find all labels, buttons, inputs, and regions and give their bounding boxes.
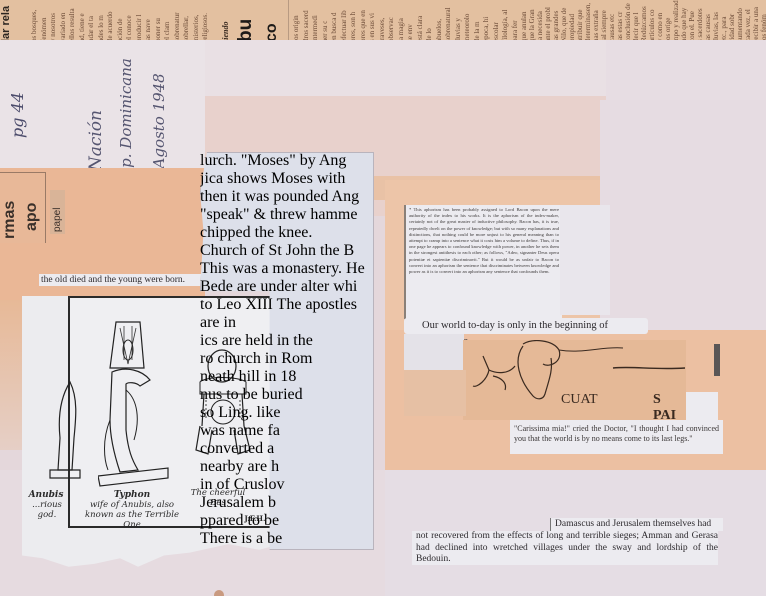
bottom-clipping-first-line: Damascus and Jerusalem themselves had [550,518,723,531]
newspaper-column-text: Redúzcamos [640,0,648,42]
handwritten-line: to Leo XIII The apostles are in [200,296,372,332]
newspaper-column-text: nas extraña [592,0,600,42]
newspaper-column-text: fenómen [40,0,48,42]
newspaper-column-text: recibir a una [752,0,760,42]
knowledge-strip: Our world to-day is only in the beginnin… [404,318,648,334]
newspaper-column-text: ad, tiene e [78,0,86,42]
newspaper-column-text: lluvias y [454,0,462,42]
newspaper-column-text: tas estas cr [616,0,624,42]
newspaper-column-text: el clam [163,0,171,42]
handwritten-line: Church of St John the B [200,242,372,260]
newspaper-column-text: y nosotros [49,0,57,42]
newspaper-column-text: ridad sobr [728,0,736,42]
newspaper-column-text: sumentando [736,0,744,42]
handwritten-line: nearby are h [200,458,372,476]
map-fragment: CUAT S PAI [463,340,686,420]
newspaper-column-text: está clara [416,0,424,42]
map-label-cuat: CUAT [561,392,598,408]
newspaper-column-text: ación de [116,0,124,42]
newspaper-column-text: causas etc [608,0,616,42]
newspaper-column-text: determinasen, [584,0,592,42]
anubis-figure-icon [22,378,82,488]
newspaper-heading-fragment: lar rela [2,0,10,42]
handwritten-line: nus to be buried [200,386,372,404]
newspaper-column-text: ades lo m [97,0,105,42]
newspaper-column-text: sobrenatural [444,0,452,42]
handwritten-line: Bede are under alter whi [200,278,372,296]
handwritten-line: so Ling. like [200,404,372,422]
newspaper-column-text: las grandes [552,0,560,42]
newspaper-column-text: abuelos, [435,0,443,42]
handwritten-line: "speak" & threw hamme [200,206,372,224]
newspaper-column-text: que anulan [520,0,528,42]
newspaper-column-text: variado en [59,0,67,42]
handwritten-note-lines: lurch. "Moses" by Angjica shows Moses wi… [200,152,372,548]
newspaper-column-text: en busca d [330,0,338,42]
newspaper-column-text: intermedi [311,0,319,42]
newspaper-column-text: se env [406,0,414,42]
newspaper-column-text: s sacerdotes [696,0,704,42]
newspaper-column-text: atribuir que [576,0,584,42]
newspaper-column-text: aer su c [321,0,329,42]
newspaper-column-text: propiedad [568,0,576,42]
newspaper-column-text: os bosques, [30,0,38,42]
handwritten-line: then it was pounded Ang [200,188,372,206]
newspaper-column-text: etc., para [720,0,728,42]
bottom-clipping: Damascus and Jerusalem themselves had no… [412,518,718,566]
subcaption-typhon: wife of Anubis, also known as the Terrib… [84,500,180,530]
newspaper-column-text: y como en [656,0,664,42]
newspaper-italic-word: tiendo [222,2,230,42]
newspaper-column-text: traveses, [378,0,386,42]
handwritten-line: converted a [200,440,372,458]
handwritten-line: jica shows Moses with [200,170,372,188]
newspaper-column-text: efectuar lib [340,0,348,42]
newspaper-column-text: decir que l [632,0,640,42]
newspaper-column-text: cada vez, el [744,0,752,42]
newspaper-column-text: los fenóm [760,0,766,42]
newspaper-column-text: sobrenatur [173,0,181,42]
newspaper-side-fragment: rmas apo [0,172,46,243]
handwritten-line: neath hill in 18 [200,368,372,386]
footnote-clipping-blank [560,205,610,315]
newspaper-column-text: s en sus vi [368,0,376,42]
newspaper-column-text: dros sacerd [302,0,310,42]
newspaper-column-text: escolar [492,0,500,42]
handwritten-line: chipped the knee. [200,224,372,242]
newspaper-column-text: meteorolo [463,0,471,42]
newspaper-column-text: religiosos. [201,0,209,42]
typhon-figure-icon [98,320,170,490]
dark-vertical-mark [714,344,720,376]
caption-typhon: Typhon [84,490,180,500]
handwritten-line: was name fa [200,422,372,440]
newspaper-column-text: conclusión de [624,0,632,42]
newspaper-column-text: de la m [473,0,481,42]
quote-clipping-top [686,392,718,420]
newspaper-column-text: las causas [704,0,712,42]
side-fragment-text-1: rmas [2,179,18,239]
newspaper-column-text: para fer [511,0,519,42]
bottom-clipping-body: not recovered from the effects of long a… [412,531,718,565]
handwritten-line: lurch. "Moses" by Ang [200,152,372,170]
newspaper-column-text: ante el probl [544,0,552,42]
newspaper-column-text: ndo que hay [680,0,688,42]
map-fragment-left-stain [404,370,466,416]
handwritten-line: There is a be [200,530,372,548]
faded-text-clipping [404,334,464,370]
newspaper-column-text: sobrellar, [182,0,190,42]
side-fragment-text-3: papel [50,190,65,234]
caption-strip-old-died: the old died and the young were born. [39,274,201,286]
newspaper-top-strip: lar rela os bosques,fenómeny nosotrosvar… [0,0,766,42]
newspaper-column-text: la magia [397,0,405,42]
newspaper-large-letters: bu [236,2,256,42]
newspaper-column-text: lluvias, las [712,0,720,42]
newspaper-column-text: misterios, [192,0,200,42]
newspaper-column-text: de acuerdo [106,0,114,42]
newspaper-column-text: mpo y realizad [672,0,680,42]
side-fragment-text-2: apo [24,191,40,231]
newspaper-column-text: poner su [154,0,162,42]
newspaper-column-text: de lo [425,0,433,42]
newspaper-column-text: epoca, hi [482,0,490,42]
handwritten-label: pg 44 La Nación Rep. Dominicana 4 de Ago… [0,40,205,170]
handwritten-line: in of Cruslov [200,476,372,494]
newspaper-column-text: ndar el ta [87,0,95,42]
handwritten-line: ro church in Rom [200,350,372,368]
quote-clipping: "Carissima mia!" cried the Doctor, "I th… [510,420,723,454]
handwritten-line: ics are held in the [200,332,372,350]
pin-dot [214,590,224,596]
newspaper-column-text: observac [387,0,395,42]
newspaper-column-text: artículos co [648,0,656,42]
newspaper-column-text: ores, son h [349,0,357,42]
pale-strip-right [600,100,766,340]
map-label-pai: S PAI [653,392,686,420]
newspaper-column-text: el conoce [125,0,133,42]
newspaper-large-letters-2: co [263,2,281,42]
newspaper-column-text: las nave [144,0,152,42]
newspaper-column-text: ellos resulta [68,0,76,42]
newspaper-column-text: los origin [292,0,300,42]
caption-anubis: Anubis [22,490,70,500]
page-number-note: pg 44 [8,58,27,138]
handwritten-line: Jerusalem b [200,494,372,512]
newspaper-column-text: producir l [135,0,143,42]
newspaper-column-text: los oríge [664,0,672,42]
newspaper-column-text: sal siempre [600,0,608,42]
newspaper-column-text: filología, al [501,0,509,42]
footnote-clipping: * This aphorism has been probably assign… [404,205,562,319]
newspaper-column-text: con el. Pue [688,0,696,42]
subcaption-anubis: ...rious god. [22,500,72,520]
handwritten-line: This was a monastery. He [200,260,372,278]
column-rule [288,0,289,42]
newspaper-column-text: Nilo, que de [560,0,568,42]
newspaper-column-text: que la Gran [528,0,536,42]
handwritten-line: ppared to be [200,512,372,530]
newspaper-column-text: la necesida [536,0,544,42]
newspaper-column-text: ores que en [359,0,367,42]
